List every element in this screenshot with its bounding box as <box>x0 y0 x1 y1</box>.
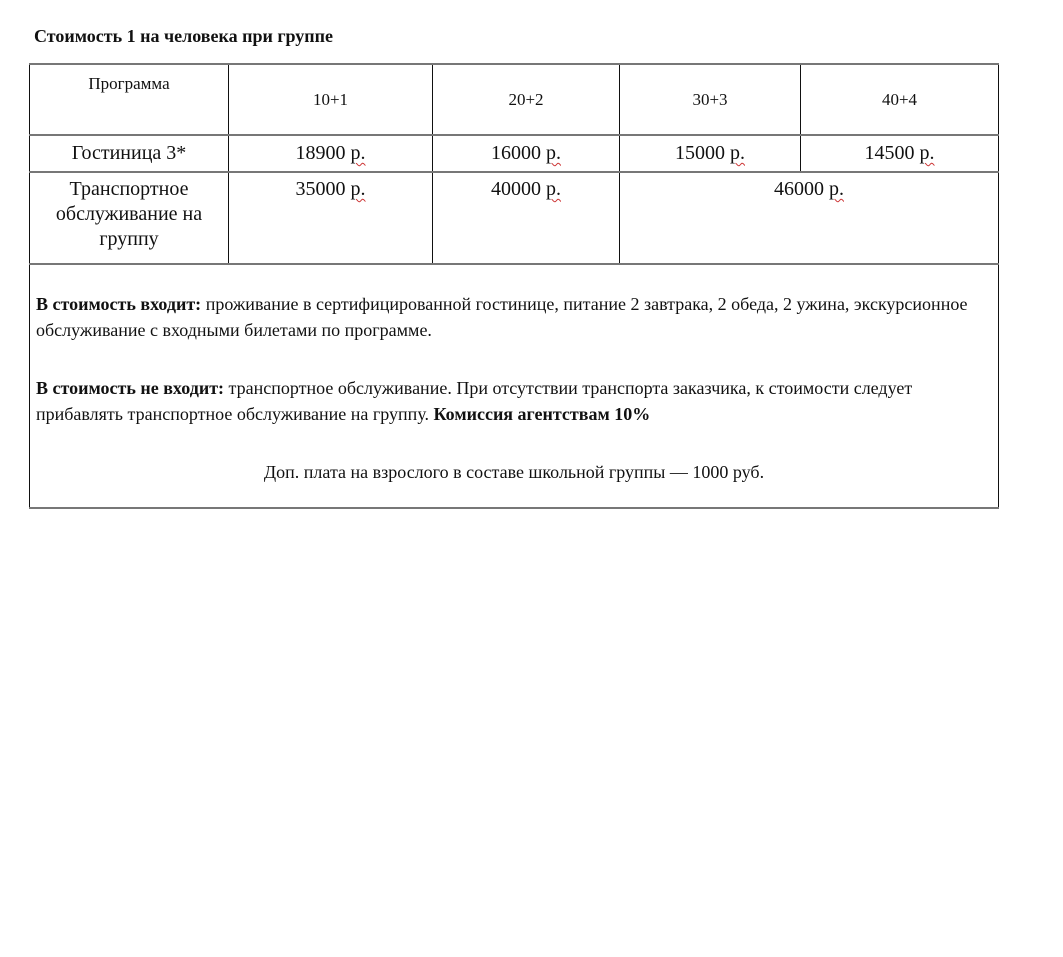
table-row: Транспортное обслуживание на группу 3500… <box>30 172 999 264</box>
excluded-paragraph: В стоимость не входит: транспортное обсл… <box>36 375 992 427</box>
price-table: Программа 10+1 20+2 30+3 40+4 Гостиница … <box>29 63 999 509</box>
table-row: Гостиница 3* 18900 р. 16000 р. 15000 р. … <box>30 135 999 172</box>
page-title: Стоимость 1 на человека при группе <box>34 26 333 47</box>
price-cell: 35000 р. <box>229 172 433 264</box>
group-header: 20+2 <box>433 64 620 135</box>
group-header: 40+4 <box>801 64 999 135</box>
price-cell: 18900 р. <box>229 135 433 172</box>
commission-note: Комиссия агентствам 10% <box>434 404 651 424</box>
price-cell: 15000 р. <box>620 135 801 172</box>
group-header: 10+1 <box>229 64 433 135</box>
info-row: В стоимость входит: проживание в сертифи… <box>30 264 999 508</box>
row-label: Транспортное обслуживание на группу <box>30 172 229 264</box>
extra-fee-note: Доп. плата на взрослого в составе школьн… <box>36 459 992 485</box>
program-header: Программа <box>30 64 229 135</box>
price-cell: 16000 р. <box>433 135 620 172</box>
included-paragraph: В стоимость входит: проживание в сертифи… <box>36 291 992 343</box>
row-label: Гостиница 3* <box>30 135 229 172</box>
price-cell-merged: 46000 р. <box>620 172 999 264</box>
price-cell: 40000 р. <box>433 172 620 264</box>
info-cell: В стоимость входит: проживание в сертифи… <box>30 264 999 508</box>
group-header: 30+3 <box>620 64 801 135</box>
table-header-row: Программа 10+1 20+2 30+3 40+4 <box>30 64 999 135</box>
price-cell: 14500 р. <box>801 135 999 172</box>
